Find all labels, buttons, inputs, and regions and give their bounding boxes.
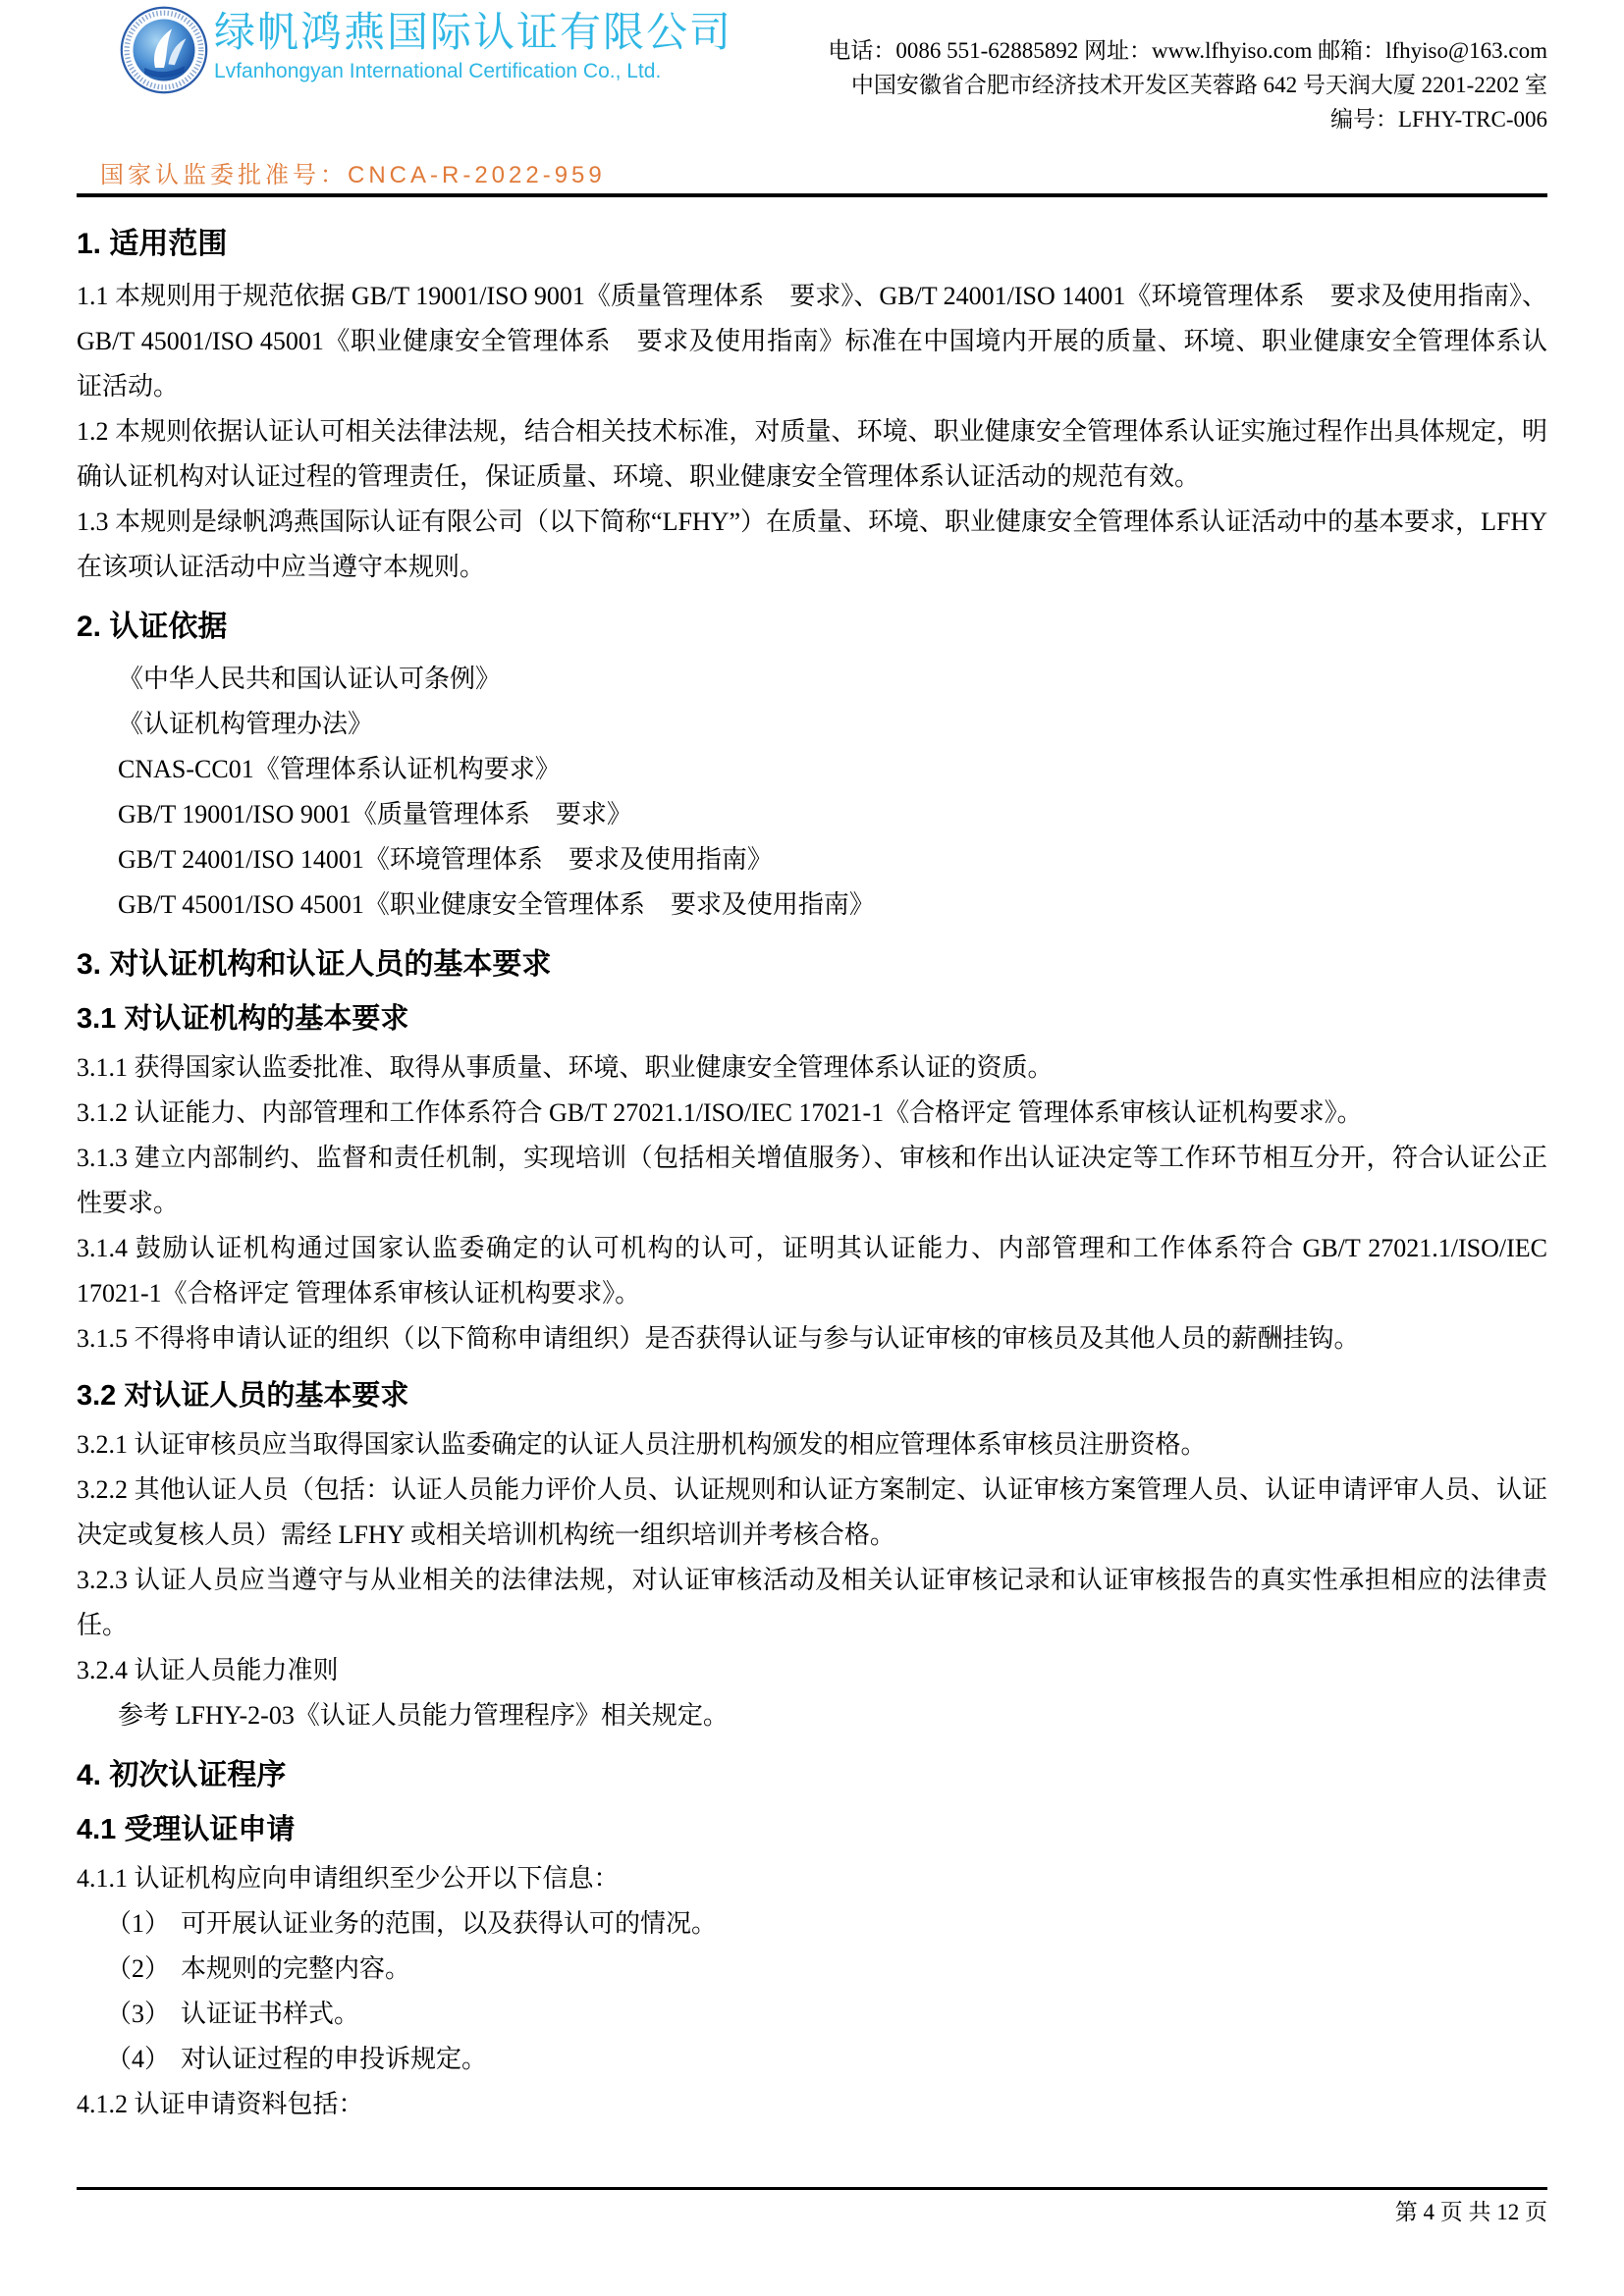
indented-line: GB/T 24001/ISO 14001《环境管理体系 要求及使用指南》 — [77, 837, 1547, 882]
document-page: 绿帆鸿燕国际认证有限公司 Lvfanhongyan International … — [0, 0, 1624, 2296]
sub-heading: 4.1 受理认证申请 — [77, 1811, 1547, 1848]
item-marker: （1） — [106, 1901, 181, 1947]
section-heading: 4. 初次认证程序 — [77, 1756, 1547, 1795]
contact-block: 电话：0086 551-62885892 网址：www.lfhyiso.com … — [828, 33, 1547, 136]
item-text: 可开展认证业务的范围，以及获得认可的情况。 — [181, 1901, 1547, 1947]
item-marker: （4） — [106, 2037, 181, 2082]
paragraph: 3.2.4 认证人员能力准则 — [77, 1648, 1547, 1693]
contact-phone-web-email: 电话：0086 551-62885892 网址：www.lfhyiso.com … — [828, 33, 1547, 68]
indented-line: CNAS-CC01《管理体系认证机构要求》 — [77, 747, 1547, 792]
indented-line: 《中华人民共和国认证认可条例》 — [77, 657, 1547, 702]
contact-address: 中国安徽省合肥市经济技术开发区芙蓉路 642 号天润大厦 2201-2202 室 — [828, 68, 1547, 102]
company-name-en: Lvfanhongyan International Certification… — [214, 59, 732, 84]
section-heading: 2. 认证依据 — [77, 608, 1547, 647]
numbered-item: （1）可开展认证业务的范围，以及获得认可的情况。 — [77, 1901, 1547, 1947]
company-name-zh: 绿帆鸿燕国际认证有限公司 — [214, 10, 732, 55]
paragraph: 3.1.3 建立内部制约、监督和责任机制，实现培训（包括相关增值服务）、审核和作… — [77, 1136, 1547, 1226]
doc-number: 编号：LFHY-TRC-006 — [828, 102, 1547, 136]
numbered-item: （3）认证证书样式。 — [77, 1992, 1547, 2037]
document-header: 绿帆鸿燕国际认证有限公司 Lvfanhongyan International … — [77, 0, 1547, 197]
paragraph: 3.1.1 获得国家认监委批准、取得从事质量、环境、职业健康安全管理体系认证的资… — [77, 1045, 1547, 1091]
approval-number: 国家认监委批准号：CNCA-R-2022-959 — [100, 155, 606, 189]
paragraph: 3.2.1 认证审核员应当取得国家认监委确定的认证人员注册机构颁发的相应管理体系… — [77, 1422, 1547, 1468]
paragraph: 1.2 本规则依据认证认可相关法律法规，结合相关技术标准，对质量、环境、职业健康… — [77, 409, 1547, 500]
numbered-item: （4）对认证过程的申投诉规定。 — [77, 2037, 1547, 2082]
indented-line: GB/T 19001/ISO 9001《质量管理体系 要求》 — [77, 792, 1547, 837]
indented-line: GB/T 45001/ISO 45001《职业健康安全管理体系 要求及使用指南》 — [77, 882, 1547, 928]
paragraph: 3.2.2 其他认证人员（包括：认证人员能力评价人员、认证规则和认证方案制定、认… — [77, 1468, 1547, 1558]
paragraph: 1.1 本规则用于规范依据 GB/T 19001/ISO 9001《质量管理体系… — [77, 274, 1547, 409]
paragraph: 3.1.5 不得将申请认证的组织（以下简称申请组织）是否获得认证与参与认证审核的… — [77, 1316, 1547, 1362]
page-number: 第 4 页 共 12 页 — [1395, 2200, 1547, 2224]
document-footer: 第 4 页 共 12 页 — [77, 2187, 1547, 2227]
indented-line: 《认证机构管理办法》 — [77, 702, 1547, 747]
company-logo-icon — [120, 6, 208, 94]
paragraph: 4.1.1 认证机构应向申请组织至少公开以下信息： — [77, 1856, 1547, 1901]
section-heading: 1. 适用范围 — [77, 225, 1547, 264]
paragraph: 3.2.3 认证人员应当遵守与从业相关的法律法规，对认证审核活动及相关认证审核记… — [77, 1558, 1547, 1648]
item-marker: （3） — [106, 1992, 181, 2037]
indented-line: 参考 LFHY-2-03《认证人员能力管理程序》相关规定。 — [77, 1693, 1547, 1738]
document-body: 1. 适用范围1.1 本规则用于规范依据 GB/T 19001/ISO 9001… — [77, 197, 1547, 2127]
company-name-block: 绿帆鸿燕国际认证有限公司 Lvfanhongyan International … — [214, 10, 732, 84]
numbered-item: （2）本规则的完整内容。 — [77, 1947, 1547, 1992]
section-heading: 3. 对认证机构和认证人员的基本要求 — [77, 945, 1547, 985]
item-marker: （2） — [106, 1947, 181, 1992]
paragraph: 4.1.2 认证申请资料包括： — [77, 2082, 1547, 2127]
paragraph: 1.3 本规则是绿帆鸿燕国际认证有限公司（以下简称“LFHY”）在质量、环境、职… — [77, 500, 1547, 590]
paragraph: 3.1.2 认证能力、内部管理和工作体系符合 GB/T 27021.1/ISO/… — [77, 1091, 1547, 1136]
sub-heading: 3.1 对认证机构的基本要求 — [77, 1000, 1547, 1038]
item-text: 本规则的完整内容。 — [181, 1947, 1547, 1992]
paragraph: 3.1.4 鼓励认证机构通过国家认监委确定的认可机构的认可，证明其认证能力、内部… — [77, 1226, 1547, 1316]
item-text: 对认证过程的申投诉规定。 — [181, 2037, 1547, 2082]
company-logo — [120, 6, 208, 94]
sub-heading: 3.2 对认证人员的基本要求 — [77, 1377, 1547, 1415]
item-text: 认证证书样式。 — [181, 1992, 1547, 2037]
